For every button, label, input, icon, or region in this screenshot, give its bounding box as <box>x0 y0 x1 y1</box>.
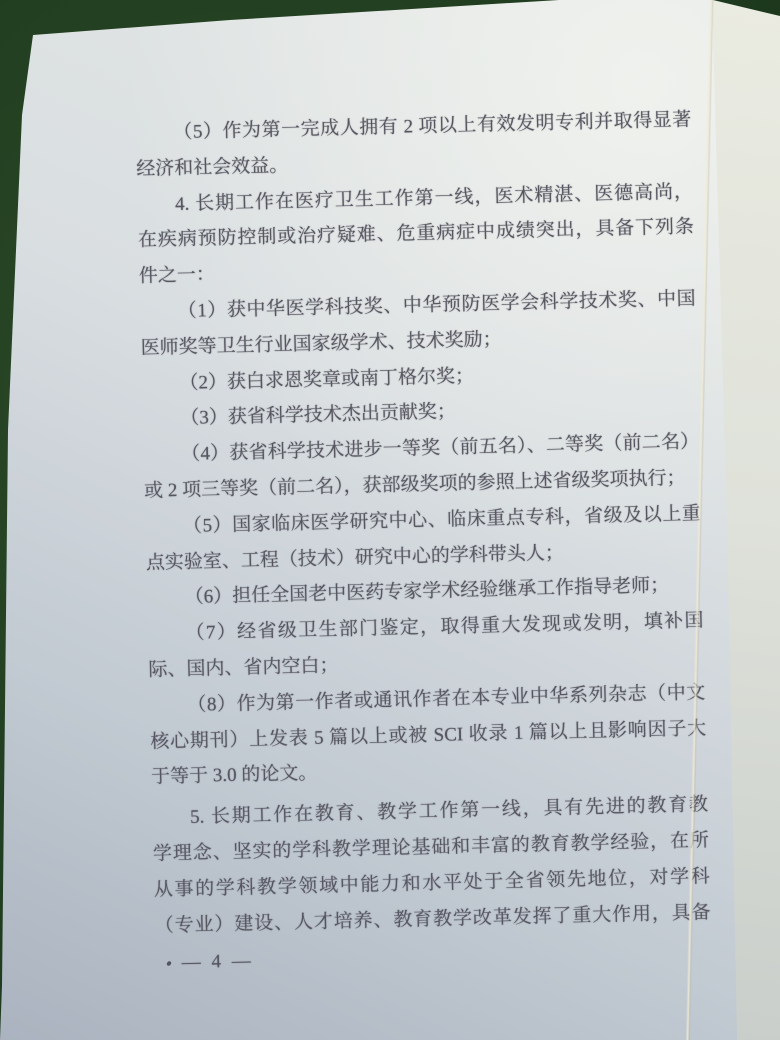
photo-background: （5）作为第一完成人拥有 2 项以上有效发明专利并取得显著经济和社会效益。4. … <box>0 0 780 1040</box>
document-text: （5）作为第一完成人拥有 2 项以上有效发明专利并取得显著经济和社会效益。4. … <box>135 102 712 981</box>
document-page: （5）作为第一完成人拥有 2 项以上有效发明专利并取得显著经济和社会效益。4. … <box>0 0 780 1040</box>
